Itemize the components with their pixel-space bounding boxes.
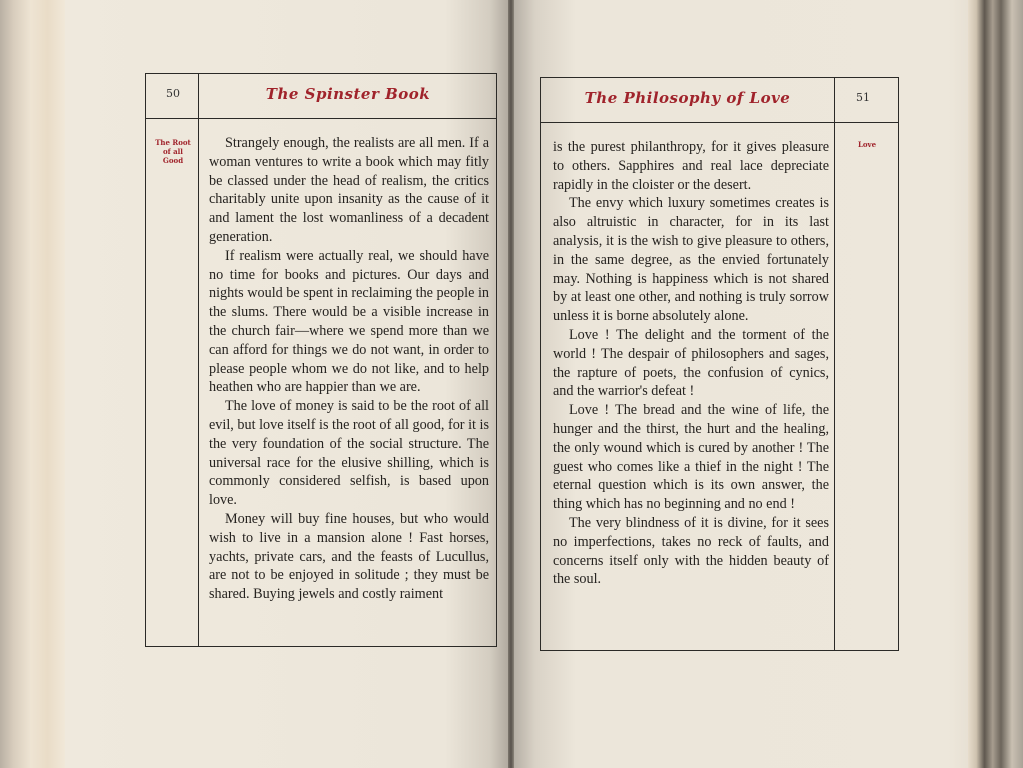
- left-margin-rule: [198, 74, 199, 646]
- right-page-frame: The Philosophy of Love 51 Love is the pu…: [540, 77, 899, 651]
- paragraph: If realism were actually real, we should…: [209, 247, 489, 397]
- left-body-text: Strangely enough, the realists are all m…: [209, 134, 489, 604]
- running-title: The Philosophy of Love: [541, 89, 834, 107]
- paragraph: Money will buy fine houses, but who woul…: [209, 510, 489, 604]
- page-number: 50: [166, 87, 180, 100]
- page-number: 51: [856, 91, 870, 104]
- sidenote-love: Love: [836, 140, 898, 149]
- paragraph: The very blindness of it is divine, for …: [553, 514, 829, 589]
- left-page-frame: 50 The Spinster Book The Root of all Goo…: [145, 73, 497, 647]
- paragraph: Strangely enough, the realists are all m…: [209, 134, 489, 247]
- sidenote-root-of-all-good: The Root of all Good: [148, 138, 198, 165]
- book-gutter: [508, 0, 514, 768]
- paragraph: The envy which luxury sometimes creates …: [553, 194, 829, 326]
- paragraph: Love ! The delight and the torment of th…: [553, 326, 829, 401]
- paragraph: The love of money is said to be the root…: [209, 397, 489, 510]
- paragraph: Love ! The bread and the wine of life, t…: [553, 401, 829, 514]
- running-title: The Spinster Book: [200, 85, 496, 103]
- right-body-text: is the purest philanthropy, for it gives…: [553, 138, 829, 589]
- paragraph-continuation: is the purest philanthropy, for it gives…: [553, 138, 829, 194]
- right-margin-rule: [834, 78, 835, 650]
- book-edge-left: [0, 0, 68, 768]
- book-edge-right: [968, 0, 1023, 768]
